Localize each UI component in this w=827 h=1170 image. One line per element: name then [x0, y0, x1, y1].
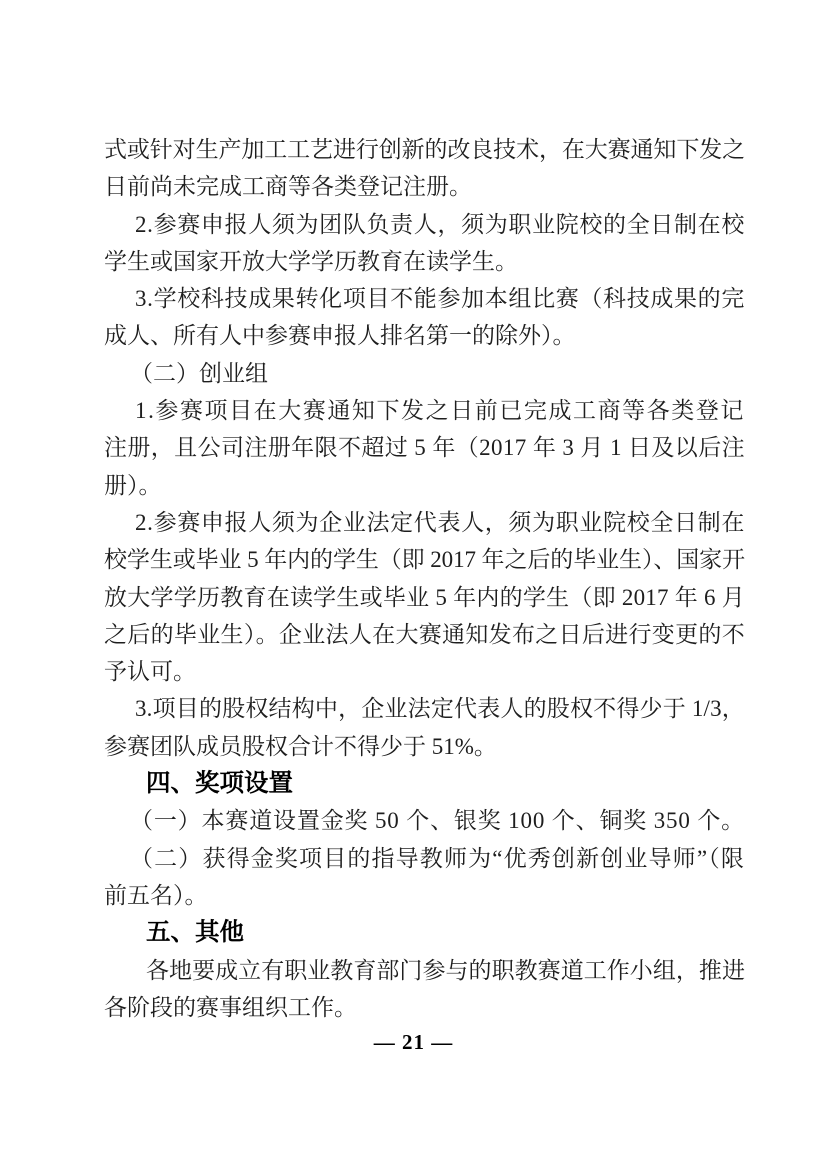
text-line: 2.参赛申报人须为企业法定代表人，须为职业院校全日制在	[104, 504, 745, 541]
text-line: 各地要成立有职业教育部门参与的职教赛道工作小组，推进	[104, 952, 745, 989]
text-line: （二）创业组	[104, 355, 745, 392]
text-line-content: 成人、所有人中参赛申报人排名第一的除外）。	[104, 317, 576, 354]
text-line-content: 校学生或毕业 5 年内的学生（即 2017 年之后的毕业生）、国家开	[104, 541, 745, 578]
text-line-content: 册）。	[104, 467, 162, 504]
text-line-content: 2.参赛申报人须为企业法定代表人，须为职业院校全日制在	[135, 504, 745, 541]
text-line-content: 参赛团队成员股权合计不得少于 51%。	[104, 728, 497, 765]
text-line: 3.学校科技成果转化项目不能参加本组比赛（科技成果的完	[104, 280, 745, 317]
text-line: 前五名）。	[104, 877, 745, 914]
text-line-content: 各阶段的赛事组织工作。	[104, 989, 357, 1026]
text-line-content: 学生或国家开放大学学历教育在读学生。	[104, 243, 518, 280]
page-number: — 21 —	[0, 1030, 827, 1055]
text-line-content: 前五名）。	[104, 877, 208, 914]
text-line-content: 予认可。	[104, 653, 196, 690]
text-line-content: （二）创业组	[130, 355, 268, 392]
text-line: 册）。	[104, 467, 745, 504]
text-line: 3.项目的股权结构中，企业法定代表人的股权不得少于 1/3，	[104, 690, 745, 727]
text-line-content: 日前尚未完成工商等各类登记注册。	[104, 168, 472, 205]
text-line-content: （二）获得金奖项目的指导教师为“优秀创新创业导师”（限	[130, 840, 745, 877]
text-line-content: 1.参赛项目在大赛通知下发之日前已完成工商等各类登记	[135, 392, 745, 429]
text-line-content: 五、其他	[146, 914, 244, 951]
text-line-content: 式或针对生产加工工艺进行创新的改良技术，在大赛通知下发之	[104, 131, 745, 168]
text-line: 式或针对生产加工工艺进行创新的改良技术，在大赛通知下发之	[104, 131, 745, 168]
section-heading: 五、其他	[104, 914, 745, 951]
text-line: 参赛团队成员股权合计不得少于 51%。	[104, 728, 745, 765]
text-line: 各阶段的赛事组织工作。	[104, 989, 745, 1026]
text-line-content: 各地要成立有职业教育部门参与的职教赛道工作小组，推进	[146, 952, 745, 989]
text-line-content: 放大学学历教育在读学生或毕业 5 年内的学生（即 2017 年 6 月	[104, 579, 745, 616]
text-line-content: 注册，且公司注册年限不超过 5 年（2017 年 3 月 1 日及以后注	[104, 429, 745, 466]
text-line: 学生或国家开放大学学历教育在读学生。	[104, 243, 745, 280]
text-line-content: 3.项目的股权结构中，企业法定代表人的股权不得少于 1/3，	[135, 690, 745, 727]
text-line: 注册，且公司注册年限不超过 5 年（2017 年 3 月 1 日及以后注	[104, 429, 745, 466]
text-line: 成人、所有人中参赛申报人排名第一的除外）。	[104, 317, 745, 354]
text-line-content: 四、奖项设置	[146, 765, 293, 802]
text-line: 校学生或毕业 5 年内的学生（即 2017 年之后的毕业生）、国家开	[104, 541, 745, 578]
section-heading: 四、奖项设置	[104, 765, 745, 802]
text-line-content: （一）本赛道设置金奖 50 个、银奖 100 个、铜奖 350 个。	[130, 802, 745, 839]
text-line-content: 2.参赛申报人须为团队负责人，须为职业院校的全日制在校	[135, 206, 745, 243]
text-line: 1.参赛项目在大赛通知下发之日前已完成工商等各类登记	[104, 392, 745, 429]
text-line: 日前尚未完成工商等各类登记注册。	[104, 168, 745, 205]
document-page: 式或针对生产加工工艺进行创新的改良技术，在大赛通知下发之日前尚未完成工商等各类登…	[0, 0, 827, 1170]
text-line: 2.参赛申报人须为团队负责人，须为职业院校的全日制在校	[104, 206, 745, 243]
text-line: （一）本赛道设置金奖 50 个、银奖 100 个、铜奖 350 个。	[104, 802, 745, 839]
text-line: （二）获得金奖项目的指导教师为“优秀创新创业导师”（限	[104, 840, 745, 877]
document-body: 式或针对生产加工工艺进行创新的改良技术，在大赛通知下发之日前尚未完成工商等各类登…	[104, 131, 745, 1026]
text-line: 予认可。	[104, 653, 745, 690]
text-line-content: 3.学校科技成果转化项目不能参加本组比赛（科技成果的完	[135, 280, 745, 317]
text-line-content: 之后的毕业生）。企业法人在大赛通知发布之日后进行变更的不	[104, 616, 745, 653]
text-line: 放大学学历教育在读学生或毕业 5 年内的学生（即 2017 年 6 月	[104, 579, 745, 616]
text-line: 之后的毕业生）。企业法人在大赛通知发布之日后进行变更的不	[104, 616, 745, 653]
